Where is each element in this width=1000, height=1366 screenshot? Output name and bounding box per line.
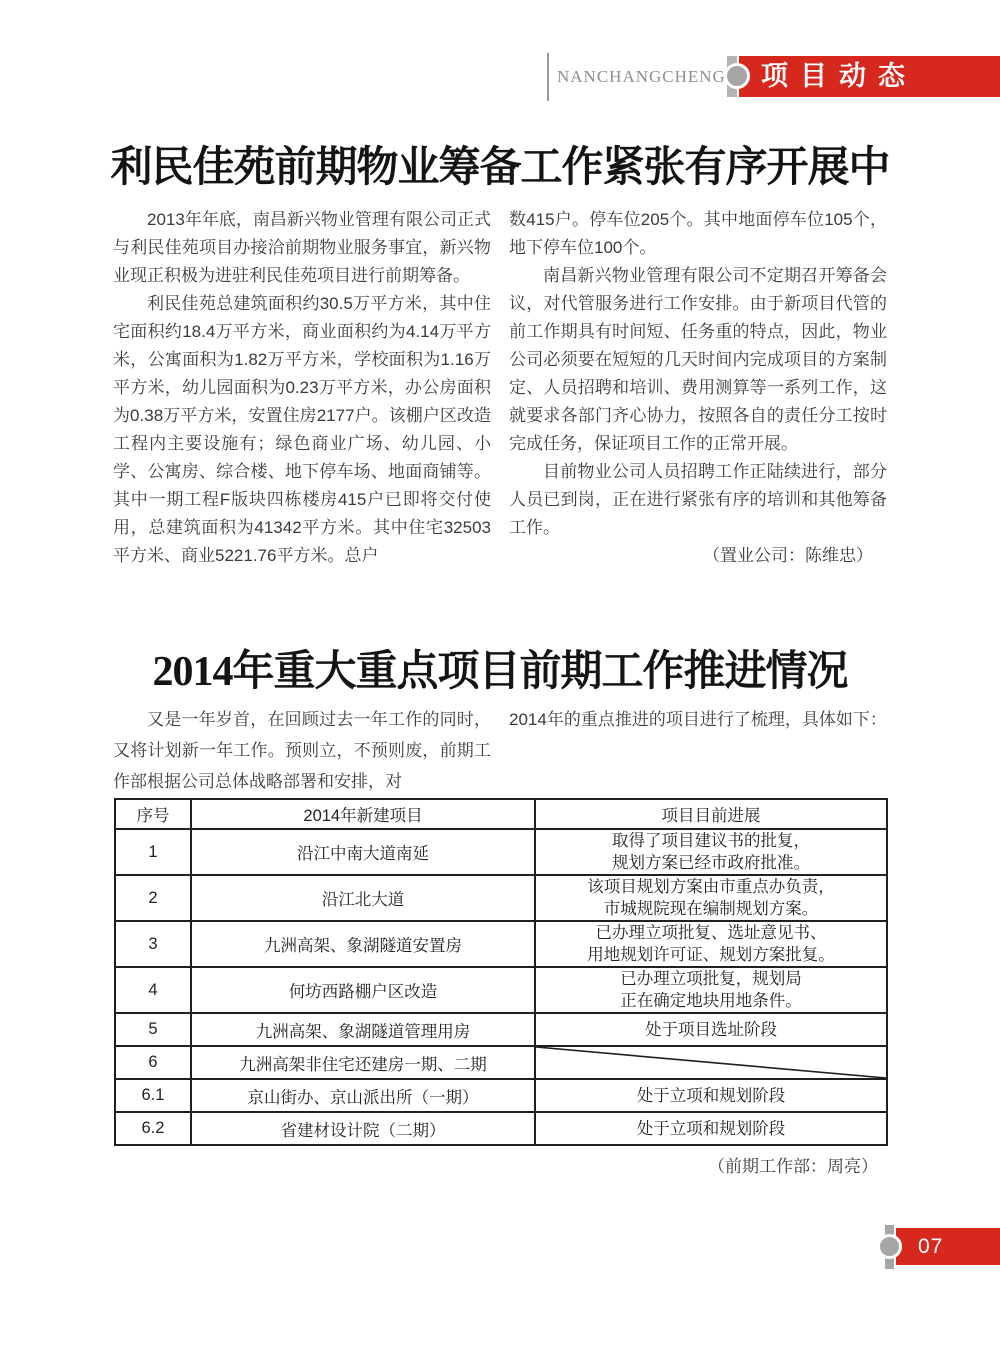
- cell-no: 6.1: [115, 1079, 191, 1112]
- article1-body: 2013年年底，南昌新兴物业管理有限公司正式与利民佳苑项目办接洽前期物业服务事宜…: [113, 206, 888, 570]
- table-row: 6 九洲高架非住宅还建房一期、二期: [115, 1046, 887, 1079]
- cell-no: 6: [115, 1046, 191, 1079]
- paragraph: 2014年的重点推进的项目进行了梳理，具体如下：: [509, 704, 887, 735]
- article1-byline: （置业公司：陈维忠）: [509, 542, 887, 570]
- page-tab-dot-icon: [877, 1234, 902, 1259]
- table-row: 5 九洲高架、象湖隧道管理用房 处于项目选址阶段: [115, 1013, 887, 1046]
- cell-no: 5: [115, 1013, 191, 1046]
- cell-progress-diagonal: [535, 1046, 887, 1079]
- section-banner-label: 项目动态: [739, 56, 1000, 97]
- cell-progress: 处于立项和规划阶段: [535, 1079, 887, 1112]
- cell-project: 省建材设计院（二期）: [191, 1112, 535, 1145]
- cell-project: 九洲高架、象湖隧道管理用房: [191, 1013, 535, 1046]
- table-header-row: 序号 2014年新建项目 项目目前进展: [115, 799, 887, 829]
- newsletter-page: NANCHANGCHENGTOU 项目动态 利民佳苑前期物业筹备工作紧张有序开展…: [0, 0, 1000, 1366]
- cell-project: 沿江北大道: [191, 875, 535, 921]
- table-row: 4 何坊西路棚户区改造 已办理立项批复，规划局 正在确定地块用地条件。: [115, 967, 887, 1013]
- article1-left-column: 2013年年底，南昌新兴物业管理有限公司正式与利民佳苑项目办接洽前期物业服务事宜…: [113, 206, 491, 570]
- cell-no: 2: [115, 875, 191, 921]
- article1-title: 利民佳苑前期物业筹备工作紧张有序开展中: [0, 134, 1000, 194]
- article2-right-column: 2014年的重点推进的项目进行了梳理，具体如下：: [509, 704, 887, 797]
- cell-project: 京山街办、京山派出所（一期）: [191, 1079, 535, 1112]
- article2-intro: 又是一年岁首，在回顾过去一年工作的同时，又将计划新一年工作。预则立，不预则废，前…: [113, 704, 888, 797]
- cell-no: 1: [115, 829, 191, 875]
- cell-progress: 取得了项目建议书的批复， 规划方案已经市政府批准。: [535, 829, 887, 875]
- diagonal-line-icon: [536, 1047, 886, 1078]
- cell-project: 九洲高架、象湖隧道安置房: [191, 921, 535, 967]
- cell-project: 何坊西路棚户区改造: [191, 967, 535, 1013]
- table-row: 3 九洲高架、象湖隧道安置房 已办理立项批复、选址意见书、 用地规划许可证、规划…: [115, 921, 887, 967]
- table-row: 2 沿江北大道 该项目规划方案由市重点办负责， 市城规院现在编制规划方案。: [115, 875, 887, 921]
- paragraph: 目前物业公司人员招聘工作正陆续进行，部分人员已到岗，正在进行紧张有序的培训和其他…: [509, 458, 887, 542]
- table-header-progress: 项目目前进展: [535, 799, 887, 829]
- cell-project: 沿江中南大道南延: [191, 829, 535, 875]
- paragraph: 又是一年岁首，在回顾过去一年工作的同时，又将计划新一年工作。预则立，不预则废，前…: [113, 704, 491, 797]
- table-header-project: 2014年新建项目: [191, 799, 535, 829]
- brand-divider-rule: [547, 53, 549, 101]
- cell-no: 3: [115, 921, 191, 967]
- paragraph: 利民佳苑总建筑面积约30.5万平方米，其中住宅面积约18.4万平方米，商业面积约…: [113, 290, 491, 570]
- page-number: 07: [896, 1228, 1000, 1265]
- section-banner: 项目动态: [739, 56, 1000, 97]
- banner-dot-icon: [724, 63, 750, 89]
- article1-right-column: 数415户。停车位205个。其中地面停车位105个，地下停车位100个。 南昌新…: [509, 206, 887, 570]
- table-row: 1 沿江中南大道南延 取得了项目建议书的批复， 规划方案已经市政府批准。: [115, 829, 887, 875]
- article2-byline: （前期工作部：周亮）: [708, 1152, 878, 1177]
- paragraph: 数415户。停车位205个。其中地面停车位105个，地下停车位100个。: [509, 206, 887, 262]
- cell-progress: 该项目规划方案由市重点办负责， 市城规院现在编制规划方案。: [535, 875, 887, 921]
- cell-progress: 处于项目选址阶段: [535, 1013, 887, 1046]
- paragraph: 2013年年底，南昌新兴物业管理有限公司正式与利民佳苑项目办接洽前期物业服务事宜…: [113, 206, 491, 290]
- table-header-no: 序号: [115, 799, 191, 829]
- table-row: 6.1 京山街办、京山派出所（一期） 处于立项和规划阶段: [115, 1079, 887, 1112]
- projects-table: 序号 2014年新建项目 项目目前进展 1 沿江中南大道南延 取得了项目建议书的…: [114, 798, 888, 1146]
- cell-progress: 处于立项和规划阶段: [535, 1112, 887, 1145]
- article2-title: 2014年重大重点项目前期工作推进情况: [0, 638, 1000, 698]
- page-number-tab: 07: [896, 1228, 1000, 1265]
- cell-no: 6.2: [115, 1112, 191, 1145]
- cell-progress: 已办理立项批复、选址意见书、 用地规划许可证、规划方案批复。: [535, 921, 887, 967]
- table-row: 6.2 省建材设计院（二期） 处于立项和规划阶段: [115, 1112, 887, 1145]
- cell-progress: 已办理立项批复，规划局 正在确定地块用地条件。: [535, 967, 887, 1013]
- paragraph: 南昌新兴物业管理有限公司不定期召开筹备会议，对代管服务进行工作安排。由于新项目代…: [509, 262, 887, 458]
- article2-left-column: 又是一年岁首，在回顾过去一年工作的同时，又将计划新一年工作。预则立，不预则废，前…: [113, 704, 491, 797]
- cell-project: 九洲高架非住宅还建房一期、二期: [191, 1046, 535, 1079]
- cell-no: 4: [115, 967, 191, 1013]
